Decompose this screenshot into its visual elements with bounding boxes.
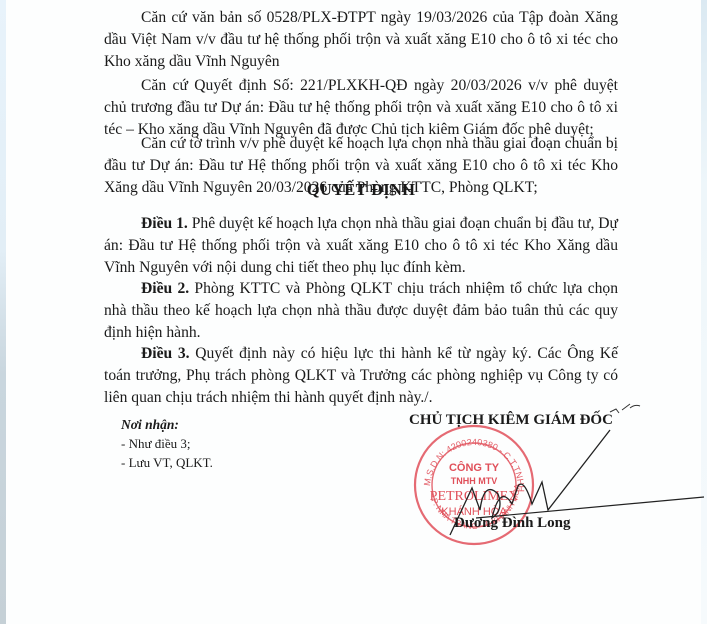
preamble-paragraph-2: Căn cứ Quyết định Số: 221/PLXKH-QĐ ngày …	[104, 75, 618, 141]
recipients-block: Nơi nhận: - Như điều 3; - Lưu VT, QLKT.	[121, 415, 213, 472]
signatory-name: Dương Đình Long	[454, 515, 571, 532]
article-1: Điều 1. Phê duyệt kế hoạch lựa chọn nhà …	[104, 213, 618, 279]
recipients-title: Nơi nhận:	[121, 415, 213, 434]
preamble-paragraph-1: Căn cứ văn bản số 0528/PLX-ĐTPT ngày 19/…	[104, 7, 618, 73]
article-2: Điều 2. Phòng KTTC và Phòng QLKT chịu tr…	[104, 278, 618, 344]
recipient-item: - Lưu VT, QLKT.	[121, 453, 213, 472]
recipient-item: - Như điều 3;	[121, 434, 213, 453]
article-3-label: Điều 3.	[141, 345, 190, 362]
article-1-label: Điều 1.	[141, 215, 188, 232]
scan-edge-left	[0, 0, 6, 624]
decision-title: QUYẾT ĐỊNH	[104, 180, 618, 200]
article-2-label: Điều 2.	[141, 280, 189, 297]
